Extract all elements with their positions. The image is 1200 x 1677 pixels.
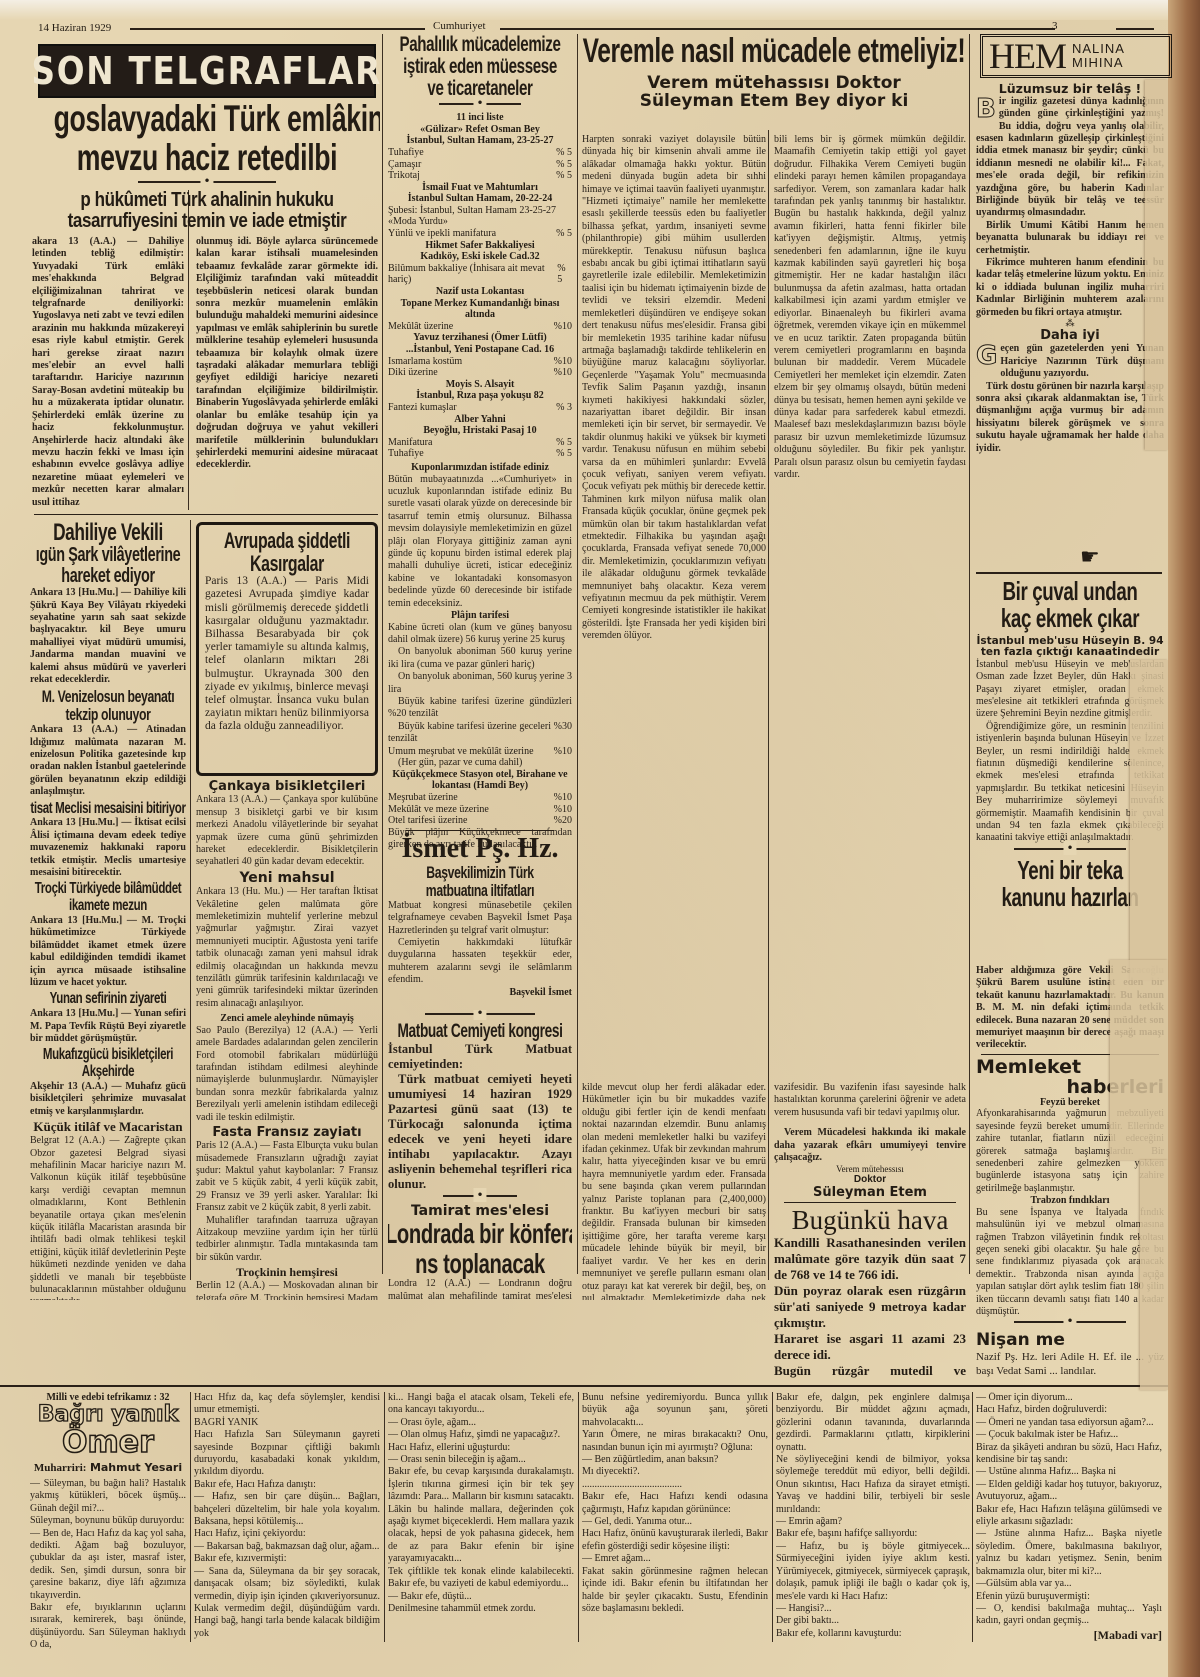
discount-row: Çamaşır% 5 [388,159,572,171]
merchant-name: Topane Merkez Kumandanlığı binası altınd… [388,298,572,321]
verem-closing-and-weather: vazifesidir. Bu vazifenin ifası sayesind… [774,1082,966,1382]
lead-headline-1: goslavyadaki Türk emlâkine [54,100,361,139]
ornament-divider [1014,848,1127,854]
masthead-rule [130,28,425,30]
zenci-headline: Zenci amele aleyhinde nümayiş [196,1013,378,1025]
plaj-tariff-lines: Kabine ücreti olan (kum ve güneş banyosu… [388,622,572,746]
tariff-row: Meşrubat üzerine%10 [388,792,572,804]
plaj-tariff-rows: Umum meşrubat ve mekûlât üzerine%10 [388,746,572,758]
ornament-divider [443,1195,517,1201]
tefrika-col1: Milli ve edebi tefrikamız : 32 Bağrı yan… [30,1392,186,1677]
ismet-article: İsmet Pş. Hz. Başvekilimizin Türk matbua… [388,830,572,1010]
discount-row: Bilûmum bakkaliye (İnhisara ait mevat ha… [388,263,572,286]
tariff-line: On banyoluk aboniman 560 kuruş yerine ik… [388,646,572,671]
plaj-title: Plâjın tarifesi [388,610,572,622]
cuval-headline-1: Bir çuval undan [976,578,1164,605]
column-rule [577,34,578,1274]
tamirat-kicker: Tamirat mes'elesi [388,1204,572,1219]
weather-headline: Bugünkü hava [774,1205,966,1235]
discount-row: Diki üzerine%10 [388,367,572,379]
author-signature: Süleyman Etem [774,1185,966,1200]
item1-title: Lüzumsuz bir telâş ! [976,82,1164,96]
torn-paper [1140,1160,1168,1390]
column-rule [190,520,191,1280]
torn-paper [1110,960,1168,1160]
kucukcekmece-rows: Meşrubat üzerine%10Mekûlât ve meze üzeri… [388,792,572,827]
article-iktisat: tisat Meclisi mesaisini bitiriyor Ankara… [30,801,186,880]
masthead-rule [500,28,1055,30]
merchant-name: Alber Yahni [388,414,572,426]
tariff-line: Kabine ücreti olan (kum ve güneş banyosu… [388,622,572,647]
article-trocki: Troçki Türkiyede bilâmüddet ikamete mezu… [30,881,186,989]
son-telgraflar-banner: SON TELGRAFLAR [38,44,376,98]
tariff-row: Otel tarifesi üzerine%20 [388,815,572,827]
lead-subhead: p hükûmeti Türk ahalinin hukuku tasarruf… [43,190,371,232]
page-number: 3 [1052,20,1058,32]
discount-row: Fantezi kumaşlar% 3 [388,402,572,414]
nisan-headline: Nişan me [976,1330,1164,1350]
merchant-name: Kadıköy, Eski iskele Cad.32 [388,251,572,263]
cankaya-headline: Çankaya bisikletçileri [196,780,378,794]
masthead-rule [1116,28,1154,30]
merchant-name: İstanbul, Sultan Hamam, 23-25-27 [388,135,572,147]
merchant-name: «Gülizar» Refet Osman Bey [388,124,572,136]
discount-row: Mekûlât üzerine%10 [388,321,572,333]
ornament-divider [138,181,276,187]
article-yunan: Yunan sefirinin ziyareti Ankara 13 [Hu.M… [30,991,186,1045]
tefrika-col6: — Ömer için diyorum... Hacı Hafız, birde… [976,1392,1162,1677]
verem-subhead-2: Süleyman Etem Bey diyor ki [582,92,966,111]
tefrika-title-1: Bağrı yanık [30,1403,186,1427]
verem-col1-tail: kilde mevcut olup her ferdi alâkadar ede… [582,1082,766,1300]
drop-cap-letter: B [976,97,996,121]
kasirgalar-box: Avrupada şiddetli Kasırgalar Paris 13 (A… [196,522,378,776]
tariff-row: Umum meşrubat ve mekûlât üzerine%10 [388,746,572,758]
lead-story-col2: olunmuş idi. Böyle aylarca sürüncemede k… [196,236,378,512]
merchant-name: Yavuz terzihanesi (Ömer Lütfi) [388,332,572,344]
merchant-name: İstanbul Sultan Hamam, 20-22-24 [388,193,572,205]
discount-row: Manifatura% 5 [388,437,572,449]
list-title: 11 inci liste [388,112,572,124]
hem-nalina-column: Lüzumsuz bir telâş ! Bir ingiliz gazetes… [976,82,1164,542]
verem-col2: bili lems bir iş görmek mümkün değildir.… [774,134,966,1079]
tefrika-col3: ki... Hangi bağa el atacak olsam, Tekeli… [388,1392,574,1677]
ornament-divider [1014,1321,1127,1327]
yeni-mahsul-headline: Yeni mahsul [196,871,378,886]
merchant-address: Şubesi: İstanbul, Sultan Hamam 23-25-27 … [388,205,572,228]
cuval-headline-2: kaç ekmek çıkar [976,605,1164,632]
signature: Başvekil İsmet [388,987,572,998]
kupon-title: Kuponlarımızdan istifade ediniz [388,462,572,474]
cuval-subhead: İstanbul meb'usu Hüseyin B. 94 ten fazla… [976,636,1164,659]
verem-headline: Veremle nasıl mücadele etmeliyiz! [582,34,966,70]
ornament-divider [425,1013,535,1019]
merchant-name: Beyoğlu, Hristaki Pasaj 10 [388,425,572,437]
torn-paper [1145,80,1168,450]
tefrika-title-2: Ömer [30,1427,186,1459]
column-rule [969,34,970,1274]
discount-row: Tuhafiye% 5 [388,448,572,460]
discount-list: «Gülizar» Refet Osman Beyİstanbul, Sulta… [388,124,572,460]
article-mukafiz: Mukafızgücü bisikletçileri Akşehirde Akş… [30,1047,186,1118]
article-venizelos: M. Venizelosun beyanatı tekzip olunuyor … [30,688,186,798]
discount-row: Yünlü ve ipekli manifatura% 5 [388,228,572,240]
item2-title: Daha iyi [976,329,1164,343]
tefrika-col5: Bakır efe, dalgın, pek enginlere dalmışa… [776,1392,970,1677]
article-dahiliye: Dahiliye Vekili ıgün Şark vilâyetlerine … [30,520,186,686]
merchant-name: Moyis S. Alsayit [388,379,572,391]
ornament-divider [439,103,522,109]
binding-edge [1168,0,1200,1677]
middle-left-column: Çankaya bisikletçileri Ankara 13 (A.A.) … [196,780,378,1300]
lead-story-col1: akara 13 (A.A.) — Dahiliye letinden tebl… [32,236,184,512]
merchant-name: İsmail Fuat ve Mahtumları [388,182,572,194]
tefrika-col4: Bunu nefsine yediremiyordu. Bunca yıllık… [582,1392,768,1677]
discount-row: Tuhafiye% 5 [388,147,572,159]
tefrika-col2: Hacı Hfız da, kaç defa söylemşler, kendi… [194,1392,380,1677]
telegrams-column: Dahiliye Vekili ıgün Şark vilâyetlerine … [30,520,186,1300]
tamirat-headline-1: Londrada bir könfera- [388,1219,572,1248]
tamirat-headline-2: ns toplanacak [388,1249,572,1278]
merchant-name: Hikmet Safer Bakkaliyesi [388,240,572,252]
column-rule [188,190,189,510]
paper-name: Cumhuriyet [433,20,486,32]
discount-row: Trikotaj% 5 [388,170,572,182]
tariff-row: Mekûlât ve meze üzerine%10 [388,804,572,816]
drop-cap-letter: G [976,344,997,368]
merchant-name: ...İstanbul, Yeni Postapane Cad. 16 [388,344,572,356]
pointing-hand-icon: ☛ [1080,548,1100,568]
article-kucuk-itilaf: Küçük itilâf ve Macaristan Belgrat 12 (A… [30,1120,186,1300]
column-rule [382,34,383,1274]
verem-headline-block: Veremle nasıl mücadele etmeliyiz! Verem … [582,34,966,134]
torn-top-edge [0,0,1200,20]
merchant-name: Nazif usta Lokantası [388,286,572,298]
continued-note: [Mabadi var] [976,1628,1162,1643]
verem-subhead-1: Verem mütehassısı Doktor [582,74,966,93]
matbuat-column: Matbuat Cemiyeti kongresi İstanbul Türk … [388,1010,572,1300]
issue-date: 14 Haziran 1929 [38,22,111,34]
tariff-line: On banyoluk aboniman, 560 kuruş yerine 3… [388,671,572,696]
tariff-line: Büyük kabine tarifesi üzerine gündüzleri… [388,696,572,721]
ismet-headline: İsmet Pş. Hz. [388,834,572,864]
merchant-name: İstanbul, Rıza paşa yokuşu 82 [388,390,572,402]
pahalilik-column: Pahalılık mücadelemize iştirak eden mües… [388,34,572,854]
author-name: Mahmut Yesari [90,1461,182,1474]
matbuat-headline: Matbuat Cemiyeti kongresi [392,1022,568,1042]
lead-headline-2: mevzu haciz retedilbi [54,139,361,178]
section-divider [0,1385,1168,1387]
discount-row: Ismarlama kostüm%10 [388,356,572,368]
divider [34,514,378,515]
tariff-line: Büyük kabine tarifesi üzerine geceleri %… [388,721,572,746]
torn-paper [1130,660,1168,980]
verem-col1: Harpten sonraki vaziyet dolayısile bütün… [582,134,766,1079]
column-rule [768,130,769,1280]
trockinin-headline: Troçkinin hemşiresi [196,1266,378,1280]
lead-story-headline: goslavyadaki Türk emlâkine mevzu haciz r… [34,100,380,232]
fasta-headline: Fasta Fransız zayiatı [196,1126,378,1140]
hem-nalina-logo: HEM NALINA MIHINA [980,34,1172,78]
